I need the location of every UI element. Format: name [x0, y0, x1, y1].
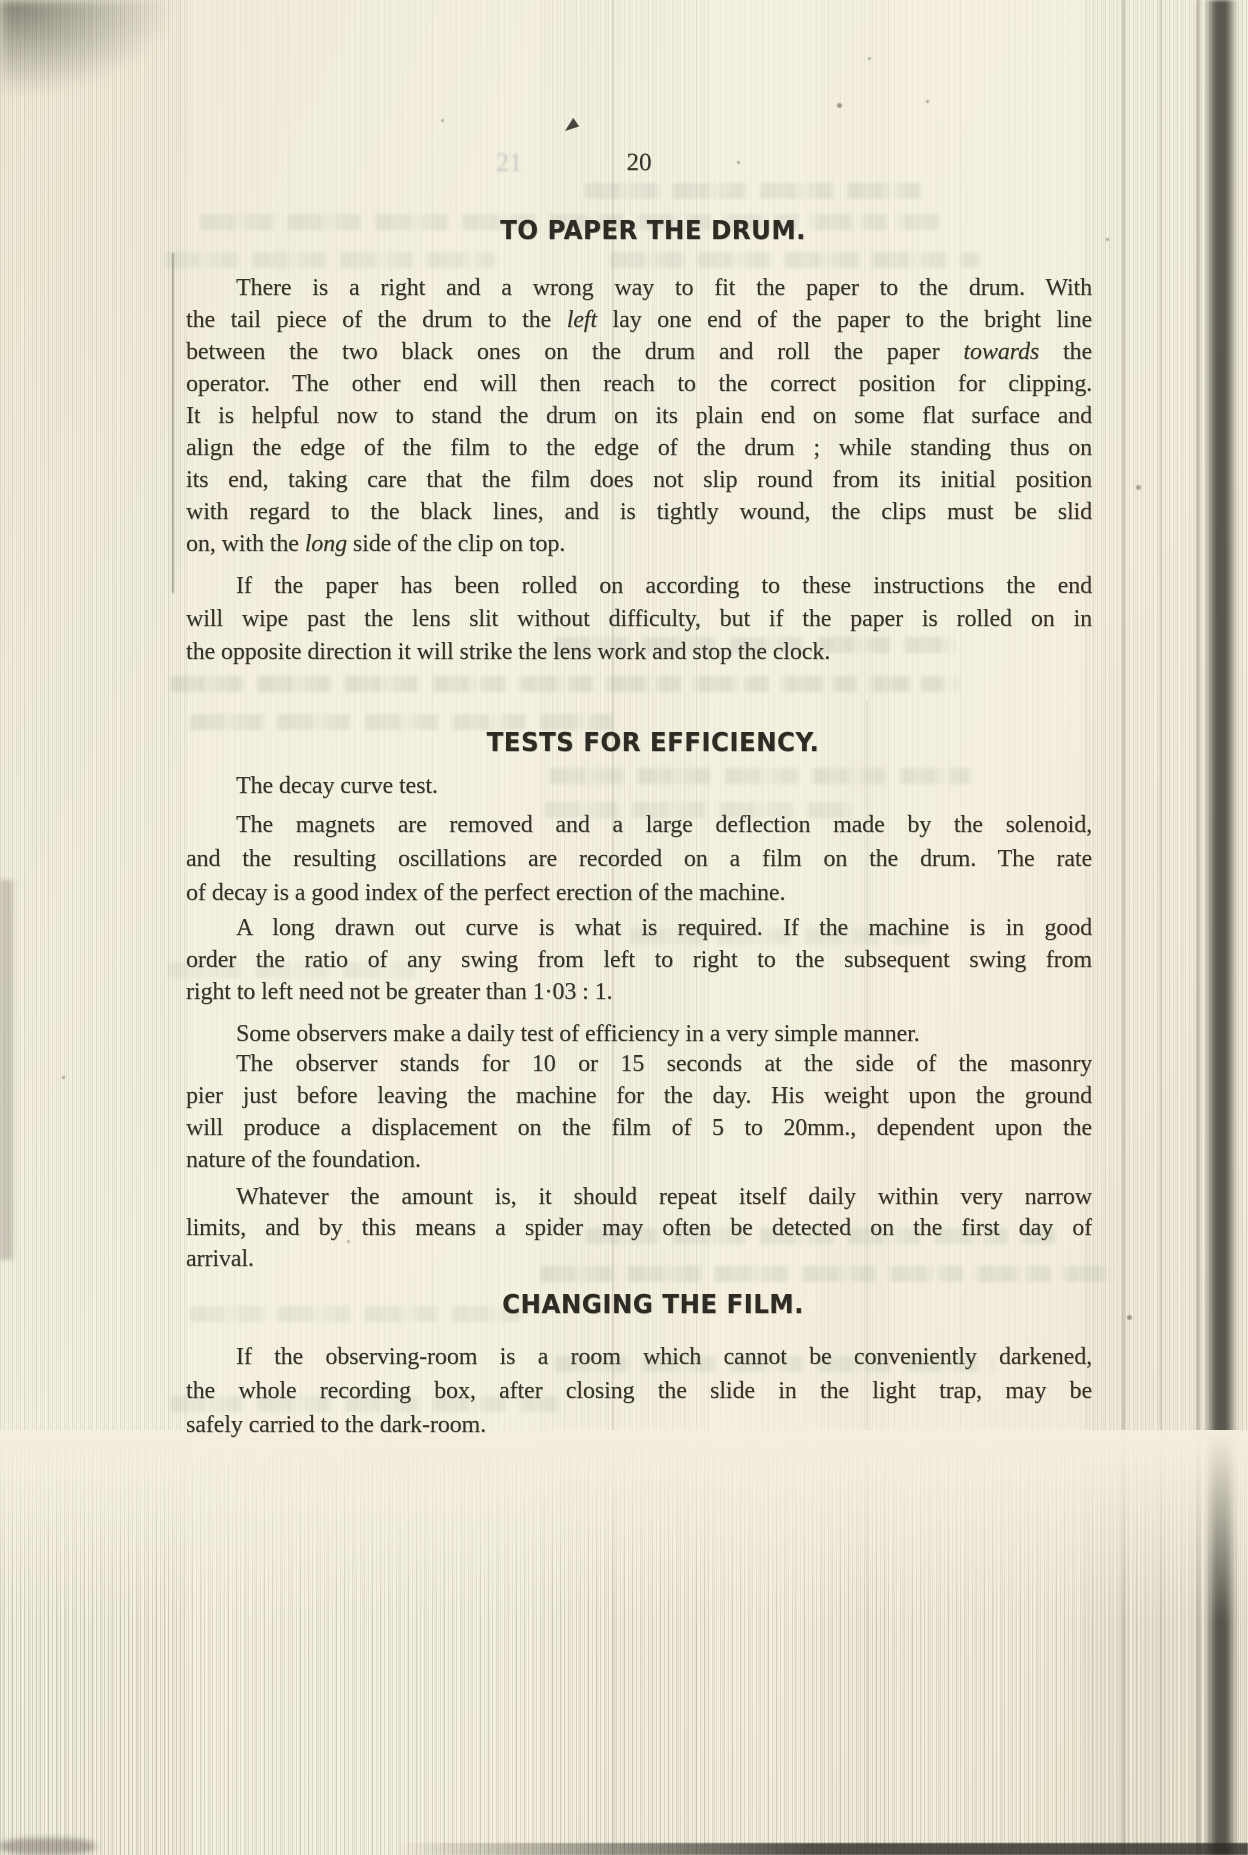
- text-line: pier just before leaving the machine for…: [186, 1080, 1092, 1112]
- text-line: right to left need not be greater than 1…: [186, 976, 1092, 1008]
- text-line: Some observers make a daily test of effi…: [186, 1018, 1092, 1050]
- text-line: There is a right and a wrong way to fit …: [186, 272, 1092, 304]
- text-line: between the two black ones on the drum a…: [186, 336, 1092, 368]
- text-line: and the resulting oscillations are recor…: [186, 842, 1092, 876]
- text-line: arrival.: [186, 1244, 1092, 1275]
- scanned-book-page: { "document": { "page_number": "20", "gh…: [0, 0, 1248, 1855]
- paragraph: If the observing-room is a room which ca…: [186, 1340, 1092, 1442]
- text-line: Whatever the amount is, it should repeat…: [186, 1182, 1092, 1213]
- text-line: the tail piece of the drum to the left l…: [186, 304, 1092, 336]
- text-line: the whole recording box, after closing t…: [186, 1374, 1092, 1408]
- text-line: The observer stands for 10 or 15 seconds…: [186, 1048, 1092, 1080]
- section-heading-to-paper-the-drum: TO PAPER THE DRUM.: [227, 216, 1079, 246]
- text-line: It is helpful now to stand the drum on i…: [186, 400, 1092, 432]
- text-line: limits, and by this means a spider may o…: [186, 1213, 1092, 1244]
- paragraph: Whatever the amount is, it should repeat…: [186, 1182, 1092, 1275]
- paragraph: The magnets are removed and a large defl…: [186, 808, 1092, 910]
- paragraph: There is a right and a wrong way to fit …: [186, 272, 1092, 560]
- page-number: 20: [186, 148, 1092, 178]
- paragraph: The decay curve test.: [186, 770, 1092, 802]
- text-line: operator. The other end will then reach …: [186, 368, 1092, 400]
- text-line: If the observing-room is a room which ca…: [186, 1340, 1092, 1374]
- section-heading-changing-the-film: CHANGING THE FILM.: [227, 1290, 1079, 1320]
- text-line: A long drawn out curve is what is requir…: [186, 912, 1092, 944]
- paragraph: The observer stands for 10 or 15 seconds…: [186, 1048, 1092, 1176]
- paragraph: A long drawn out curve is what is requir…: [186, 912, 1092, 1008]
- text-line: The decay curve test.: [186, 770, 1092, 802]
- text-line: of decay is a good index of the perfect …: [186, 876, 1092, 910]
- text-line: The magnets are removed and a large defl…: [186, 808, 1092, 842]
- section-heading-tests-for-efficiency: TESTS FOR EFFICIENCY.: [227, 728, 1079, 758]
- paragraph: If the paper has been rolled on accordin…: [186, 570, 1092, 669]
- printed-text-layer: 21 20 TO PAPER THE DRUM. There is a righ…: [0, 0, 1248, 1855]
- text-line: If the paper has been rolled on accordin…: [186, 570, 1092, 603]
- text-line: the opposite direction it will strike th…: [186, 636, 1092, 669]
- text-line: order the ratio of any swing from left t…: [186, 944, 1092, 976]
- text-line: align the edge of the film to the edge o…: [186, 432, 1092, 464]
- text-line: safely carried to the dark-room.: [186, 1408, 1092, 1442]
- paragraph: Some observers make a daily test of effi…: [186, 1018, 1092, 1050]
- text-line: with regard to the black lines, and is t…: [186, 496, 1092, 528]
- text-line: on, with the long side of the clip on to…: [186, 528, 1092, 560]
- text-line: its end, taking care that the film does …: [186, 464, 1092, 496]
- text-line: will produce a displacement on the film …: [186, 1112, 1092, 1144]
- ink-blot-mark: [562, 117, 579, 131]
- text-line: will wipe past the lens slit without dif…: [186, 603, 1092, 636]
- text-line: nature of the foundation.: [186, 1144, 1092, 1176]
